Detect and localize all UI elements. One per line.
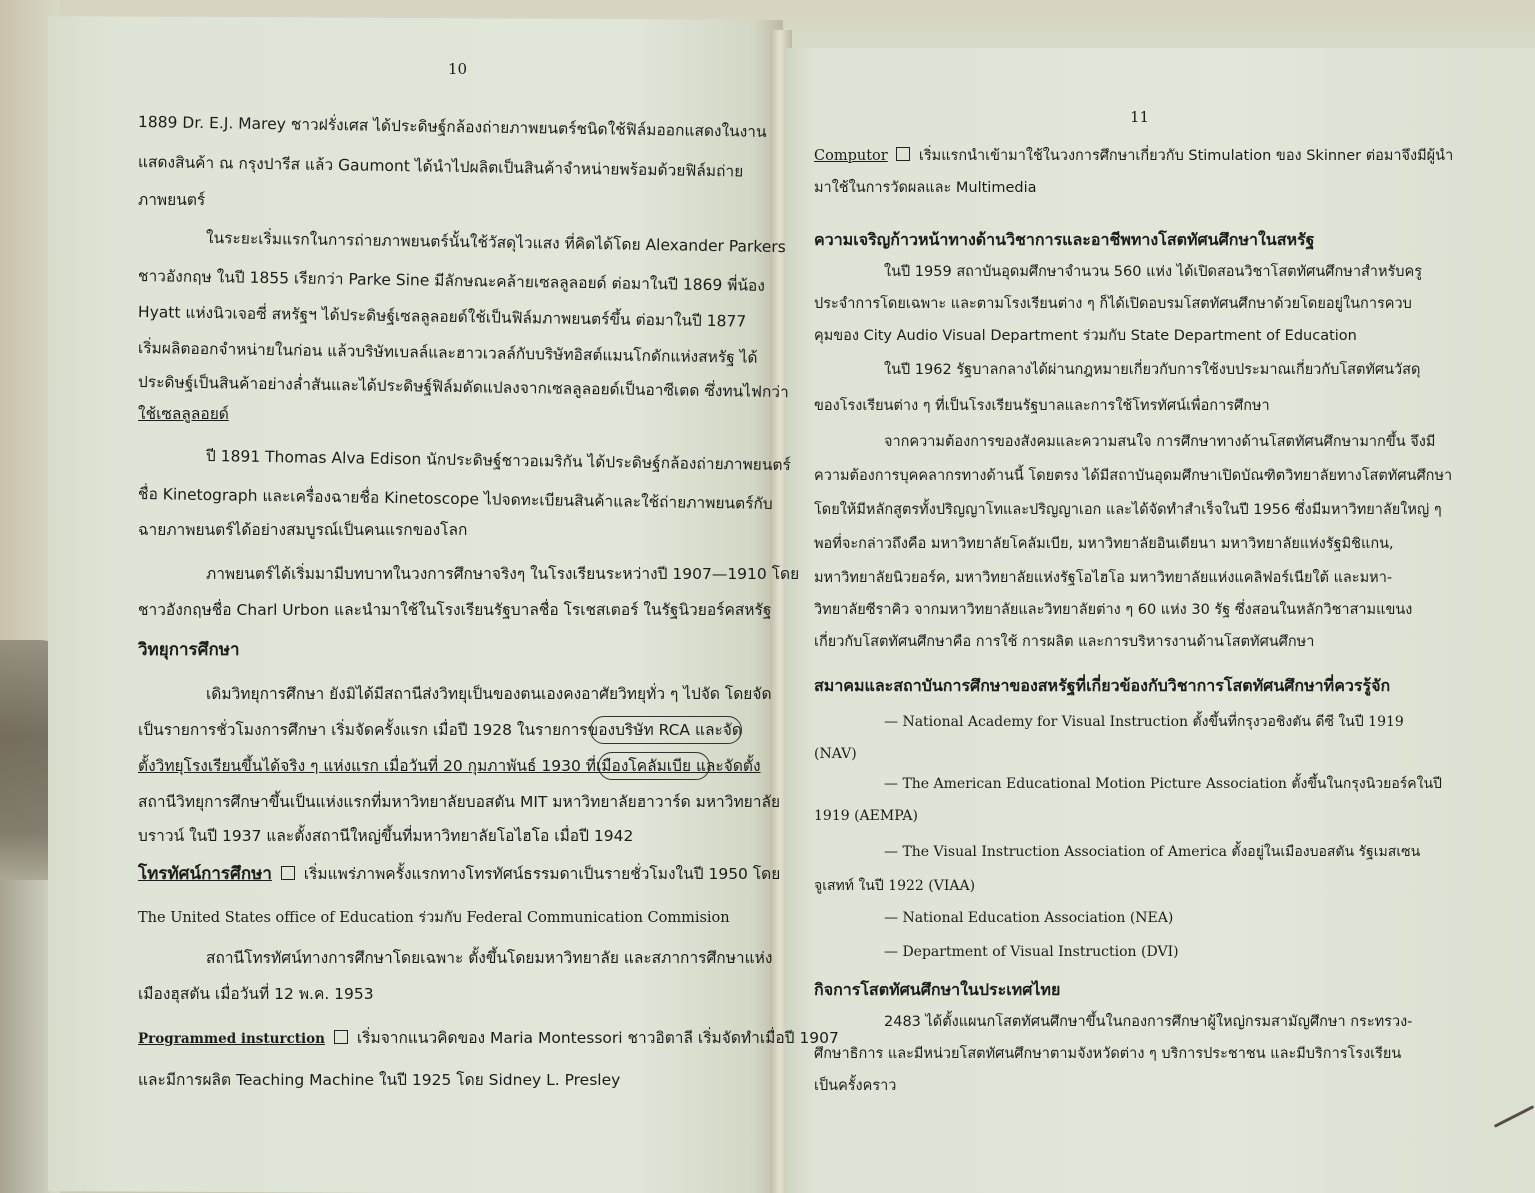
page-number-right: 11 (1130, 108, 1149, 126)
text-line: ประจำการโดยเฉพาะ และตามโรงเรียนต่าง ๆ ก็… (814, 294, 1412, 314)
text-line: สถานีโทรทัศน์ทางการศึกษาโดยเฉพาะ ตั้งขึ้… (206, 948, 772, 968)
pen-circle-annotation (590, 716, 742, 744)
text-line: ภาพยนตร์ได้เริ่มมามีบทบาทในวงการศึกษาจริ… (206, 564, 799, 584)
text-line: มาใช้ในการวัดผลและ Multimedia (814, 178, 1037, 198)
section-heading-progress: ความเจริญก้าวหน้าทางด้านวิชาการและอาชีพท… (814, 230, 1314, 250)
section-heading-programmed-instruction: Programmed insturction (138, 1031, 325, 1047)
section-heading-thailand: กิจการโสตทัศนศึกษาในประเทศไทย (814, 980, 1060, 1000)
association-item: — National Academy for Visual Instructio… (884, 712, 1404, 732)
text-span: เริ่มแพร่ภาพครั้งแรกทางโทรทัศน์ธรรมดาเป็… (304, 865, 781, 883)
checkbox-square-icon (896, 147, 910, 161)
text-line: ฉายภาพยนตร์ได้อย่างสมบูรณ์เป็นคนแรกของโล… (138, 520, 467, 540)
text-line: เมืองฮุสตัน เมื่อวันที่ 12 พ.ค. 1953 (138, 984, 374, 1004)
text-line: 2483 ได้ตั้งแผนกโสตทัศนศึกษาขึ้นในกองการ… (884, 1012, 1412, 1032)
text-line: ในปี 1959 สถาบันอุดมศึกษาจำนวน 560 แห่ง … (884, 262, 1422, 282)
section-heading-computor: Computor (814, 148, 888, 164)
page-number-left: 10 (448, 60, 467, 78)
text-line: คุมของ City Audio Visual Department ร่วม… (814, 326, 1357, 346)
pen-circle-annotation (598, 752, 710, 780)
association-item: — National Education Association (NEA) (884, 908, 1173, 928)
section-heading-associations: สมาคมและสถาบันการศึกษาของสหรัฐที่เกี่ยวข… (814, 676, 1390, 696)
association-item-cont: 1919 (AEMPA) (814, 806, 918, 826)
text-line: และมีการผลิต Teaching Machine ในปี 1925 … (138, 1070, 620, 1090)
tv-paragraph-line: โทรทัศน์การศึกษา เริ่มแพร่ภาพครั้งแรกทาง… (138, 864, 780, 884)
text-line: วิทยาลัยซีราคิว จากมหาวิทยาลัยและวิทยาลั… (814, 600, 1412, 620)
text-line: สถานีวิทยุการศึกษาขึ้นเป็นแห่งแรกที่มหาว… (138, 792, 780, 812)
text-line: ในปี 1962 รัฐบาลกลางได้ผ่านกฎหมายเกี่ยวก… (884, 360, 1420, 380)
computor-paragraph-line: Computor เริ่มแรกนำเข้ามาใช้ในวงการศึกษา… (814, 146, 1453, 166)
text-line: เดิมวิทยุการศึกษา ยังมิได้มีสถานีส่งวิทย… (206, 684, 772, 704)
text-line: บราวน์ ในปี 1937 และตั้งสถานีใหญ่ขึ้นที่… (138, 826, 633, 846)
section-heading-radio: วิทยุการศึกษา (138, 640, 240, 660)
text-line: โดยให้มีหลักสูตรทั้งปริญญาโทและปริญญาเอก… (814, 500, 1442, 520)
text-span: เริ่มแรกนำเข้ามาใช้ในวงการศึกษาเกี่ยวกับ… (919, 148, 1453, 164)
pi-paragraph-line: Programmed insturction เริ่มจากแนวคิดของ… (138, 1028, 839, 1049)
text-line: เกี่ยวกับโสตทัศนศึกษาคือ การใช้ การผลิต … (814, 632, 1314, 652)
stain (0, 880, 50, 1193)
text-line: ภาพยนตร์ (138, 190, 205, 210)
text-span: เริ่มจากแนวคิดของ Maria Montessori ชาวอิ… (357, 1029, 839, 1047)
text-line: ความต้องการบุคคลากรทางด้านนี้ โดยตรง ได้… (814, 466, 1452, 486)
association-item-cont: จูเสทท์ ในปี 1922 (VIAA) (814, 876, 975, 896)
checkbox-square-icon (281, 866, 295, 880)
text-line: ชาวอังกฤษชื่อ Charl Urbon และนำมาใช้ในโร… (138, 600, 771, 620)
association-item-cont: (NAV) (814, 744, 857, 764)
text-line: มหาวิทยาลัยนิวยอร์ค, มหาวิทยาลัยแห่งรัฐโ… (814, 568, 1392, 588)
section-heading-tv: โทรทัศน์การศึกษา (138, 864, 272, 884)
text-line: พอที่จะกล่าวถึงคือ มหาวิทยาลัยโคลัมเบีย,… (814, 534, 1394, 554)
checkbox-square-icon (334, 1030, 348, 1044)
text-line: ศึกษาธิการ และมีหน่วยโสตทัศนศึกษาตามจังห… (814, 1044, 1401, 1064)
text-line: เป็นครั้งคราว (814, 1076, 896, 1096)
association-item: — Department of Visual Instruction (DVI) (884, 942, 1179, 962)
text-line: The United States office of Education ร่… (138, 908, 730, 928)
association-item: — The American Educational Motion Pictur… (884, 774, 1442, 794)
association-item: — The Visual Instruction Association of … (884, 842, 1420, 862)
text-line: ของโรงเรียนต่าง ๆ ที่เป็นโรงเรียนรัฐบาลแ… (814, 396, 1270, 416)
text-line: ใช้เซลลูลอยด์ (138, 404, 229, 424)
scanned-book-spread: 10 1889 Dr. E.J. Marey ชาวฝรั่งเศส ได้ปร… (0, 0, 1535, 1193)
text-line: จากความต้องการของสังคมและความสนใจ การศึก… (884, 432, 1435, 452)
